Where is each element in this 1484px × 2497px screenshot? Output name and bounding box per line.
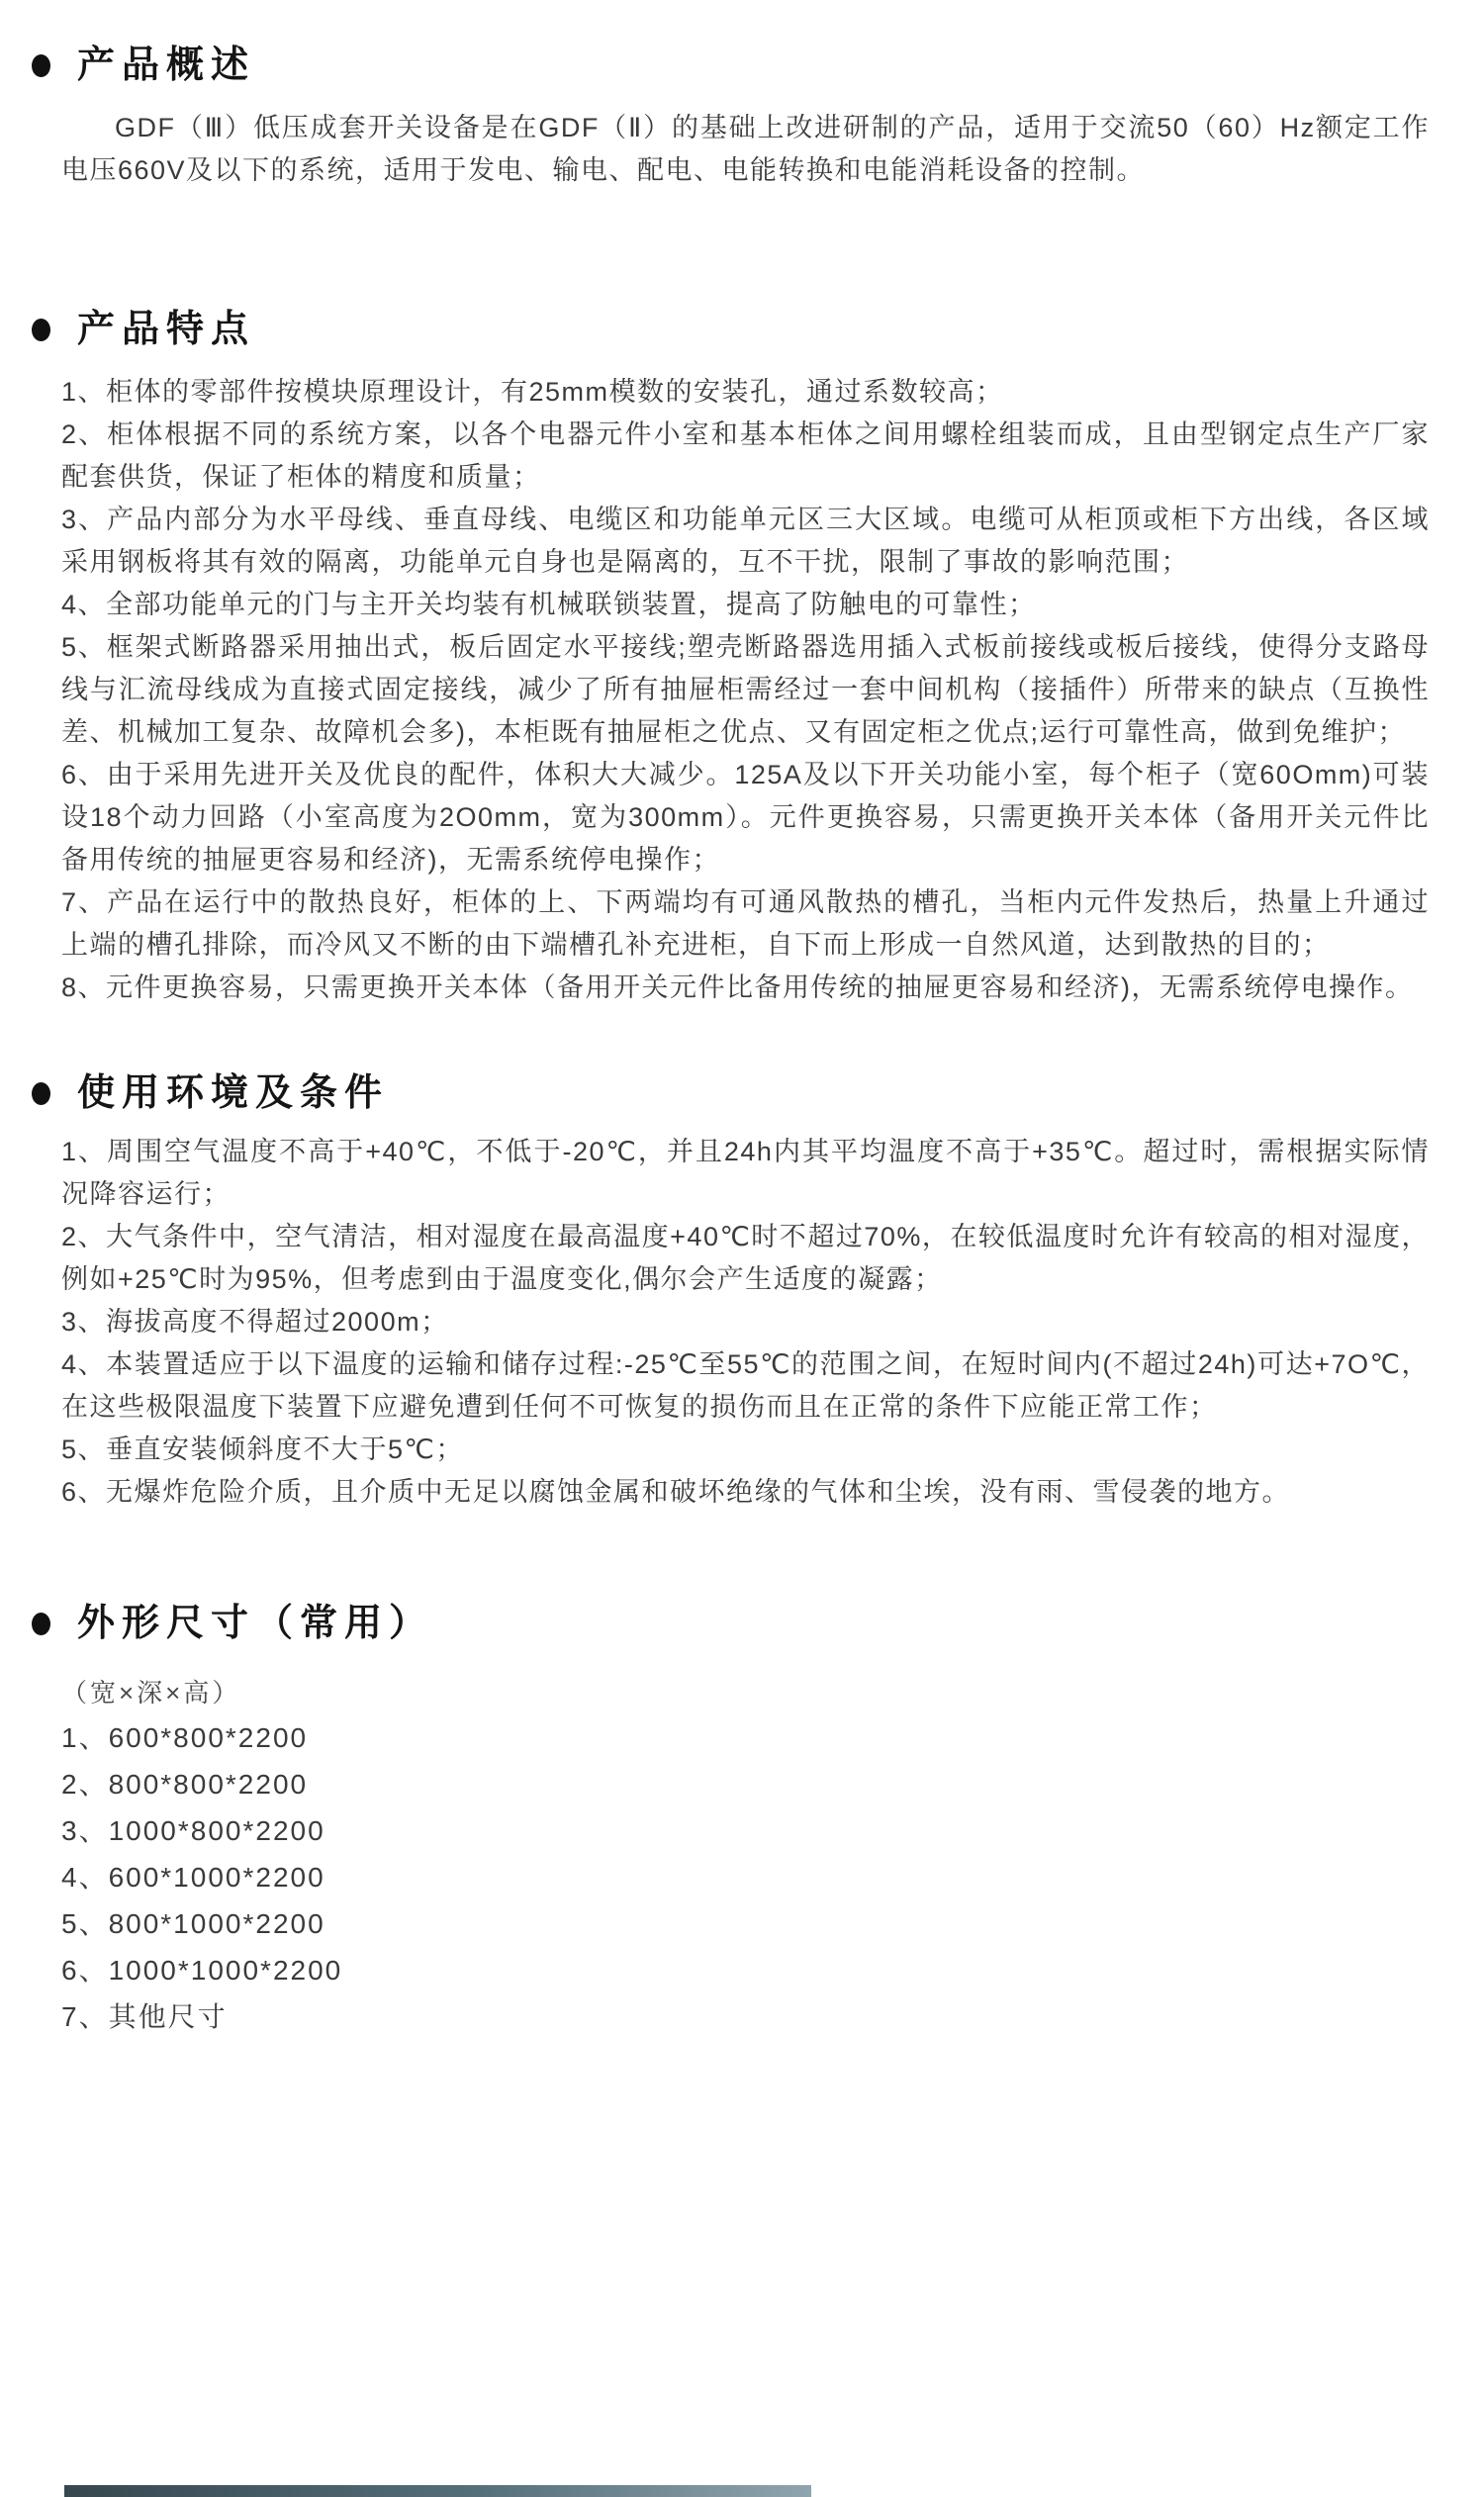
section-heading-row: 产品概述 [61,40,1430,91]
dimension-item-7: 7、其他尺寸 [61,1993,1430,2040]
document-content: 产品概述 GDF（Ⅲ）低压成套开关设备是在GDF（Ⅱ）的基础上改进研制的产品，适… [0,40,1484,2040]
section-title-overview: 产品概述 [77,40,255,91]
section-product-features: 产品特点 1、柜体的零部件按模块原理设计，有25mm模数的安装孔，通过系数较高；… [61,304,1430,1009]
environment-item-1: 1、周围空气温度不高于+40℃，不低于-20℃，并且24h内其平均温度不高于+3… [61,1131,1430,1216]
bullet-icon [32,1613,50,1635]
environment-list: 1、周围空气温度不高于+40℃，不低于-20℃，并且24h内其平均温度不高于+3… [61,1131,1430,1514]
document-page: 产品概述 GDF（Ⅲ）低压成套开关设备是在GDF（Ⅱ）的基础上改进研制的产品，适… [0,0,1484,2497]
dimension-item-6: 6、1000*1000*2200 [61,1947,1430,1993]
dimensions-note: （宽×深×高） [61,1671,1430,1714]
dimensions-list: 1、600*800*2200 2、800*800*2200 3、1000*800… [61,1714,1430,2040]
section-product-overview: 产品概述 GDF（Ⅲ）低压成套开关设备是在GDF（Ⅱ）的基础上改进研制的产品，适… [61,40,1430,192]
feature-item-5: 5、框架式断路器采用抽出式，板后固定水平接线;塑壳断路器选用插入式板前接线或板后… [61,626,1430,754]
environment-item-4: 4、本装置适应于以下温度的运输和储存过程:-25℃至55℃的范围之间，在短时间内… [61,1343,1430,1429]
section-overall-dimensions: 外形尺寸（常用） （宽×深×高） 1、600*800*2200 2、800*80… [61,1598,1430,2040]
footer-divider-bar [64,2485,811,2497]
section-title-environment: 使用环境及条件 [77,1067,389,1119]
environment-item-6: 6、无爆炸危险介质，且介质中无足以腐蚀金属和破坏绝缘的气体和尘埃，没有雨、雪侵袭… [61,1471,1430,1514]
dimension-item-1: 1、600*800*2200 [61,1714,1430,1761]
environment-item-2: 2、大气条件中，空气清洁，相对湿度在最高温度+40℃时不超过70%，在较低温度时… [61,1216,1430,1301]
feature-item-8: 8、元件更换容易，只需更换开关本体（备用开关元件比备用传统的抽屉更容易和经济)，… [61,967,1430,1009]
bullet-icon [32,319,50,341]
feature-item-7: 7、产品在运行中的散热良好，柜体的上、下两端均有可通风散热的槽孔，当柜内元件发热… [61,881,1430,967]
environment-item-3: 3、海拔高度不得超过2000m； [61,1301,1430,1343]
feature-item-2: 2、柜体根据不同的系统方案，以各个电器元件小室和基本柜体之间用螺栓组装而成，且由… [61,414,1430,499]
feature-item-3: 3、产品内部分为水平母线、垂直母线、电缆区和功能单元区三大区域。电缆可从柜顶或柜… [61,499,1430,584]
dimension-item-3: 3、1000*800*2200 [61,1807,1430,1854]
section-title-dimensions: 外形尺寸（常用） [77,1598,433,1649]
bullet-icon [32,54,50,77]
features-list: 1、柜体的零部件按模块原理设计，有25mm模数的安装孔，通过系数较高； 2、柜体… [61,371,1430,1009]
feature-item-4: 4、全部功能单元的门与主开关均装有机械联锁装置，提高了防触电的可靠性； [61,584,1430,626]
feature-item-1: 1、柜体的零部件按模块原理设计，有25mm模数的安装孔，通过系数较高； [61,371,1430,414]
dimension-item-2: 2、800*800*2200 [61,1761,1430,1807]
dimension-item-5: 5、800*1000*2200 [61,1900,1430,1947]
dimension-item-4: 4、600*1000*2200 [61,1854,1430,1900]
section-heading-row: 产品特点 [61,304,1430,355]
section-heading-row: 使用环境及条件 [61,1067,1430,1119]
bullet-icon [32,1082,50,1105]
section-title-features: 产品特点 [77,304,255,355]
section-environment-conditions: 使用环境及条件 1、周围空气温度不高于+40℃，不低于-20℃，并且24h内其平… [61,1067,1430,1514]
environment-item-5: 5、垂直安装倾斜度不大于5℃； [61,1429,1430,1471]
feature-item-6: 6、由于采用先进开关及优良的配件，体积大大减少。125A及以下开关功能小室，每个… [61,754,1430,881]
section-heading-row: 外形尺寸（常用） [61,1598,1430,1649]
overview-paragraph: GDF（Ⅲ）低压成套开关设备是在GDF（Ⅱ）的基础上改进研制的产品，适用于交流5… [61,107,1430,192]
